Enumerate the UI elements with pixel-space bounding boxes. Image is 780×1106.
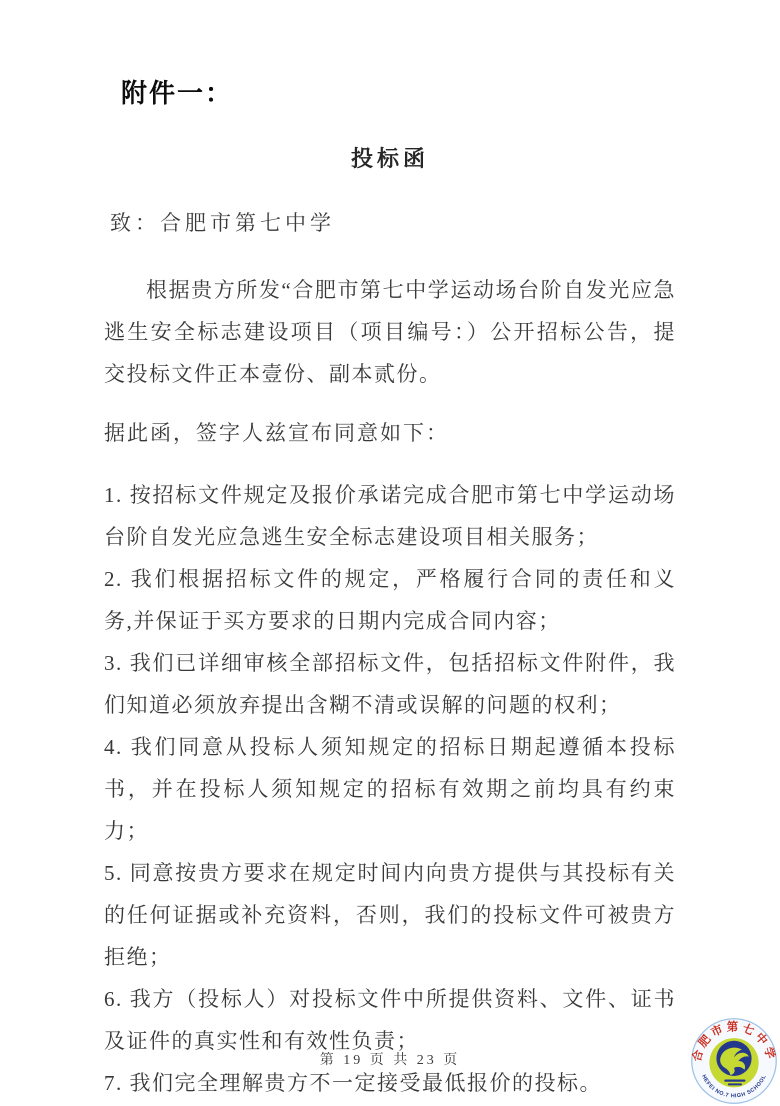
attachment-label: 附件一： (121, 72, 233, 114)
agreement-item-5: 5. 同意按贵方要求在规定时间内向贵方提供与其投标有关的任何证据或补充资料，否则… (104, 852, 676, 978)
school-badge-logo-icon: 合肥市第七中学 HEFEI NO.7 HIGH SCHOOL (690, 1017, 778, 1105)
agreement-item-6: 6. 我方（投标人）对投标文件中所提供资料、文件、证书及证件的真实性和有效性负责… (104, 978, 676, 1062)
document-page: 附件一： 投标函 致：合肥市第七中学 根据贵方所发“合肥市第七中学运动场台阶自发… (0, 0, 780, 1106)
salutation-line: 致：合肥市第七中学 (110, 202, 335, 244)
page-footer: 第 19 页 共 23 页 (0, 1051, 780, 1071)
logo-stripe (724, 1079, 745, 1081)
agreement-item-4: 4. 我们同意从投标人须知规定的招标日期起遵循本投标书，并在投标人须知规定的招标… (104, 726, 676, 852)
declaration-lead-paragraph: 据此函，签字人兹宣布同意如下： (104, 412, 676, 454)
agreement-item-1: 1. 按招标文件规定及报价承诺完成合肥市第七中学运动场台阶自发光应急逃生安全标志… (104, 474, 676, 558)
agreement-item-3: 3. 我们已详细审核全部招标文件，包括招标文件附件，我们知道必须放弃提出含糊不清… (104, 642, 676, 726)
document-title: 投标函 (104, 138, 676, 180)
logo-stripe (728, 1083, 742, 1085)
agreement-list: 1. 按招标文件规定及报价承诺完成合肥市第七中学运动场台阶自发光应急逃生安全标志… (104, 474, 676, 1104)
agreement-item-2: 2. 我们根据招标文件的规定，严格履行合同的责任和义务,并保证于买方要求的日期内… (104, 558, 676, 642)
page-indicator: 第 19 页 共 23 页 (320, 1053, 461, 1068)
intro-paragraph: 根据贵方所发“合肥市第七中学运动场台阶自发光应急逃生安全标志建设项目（项目编号：… (104, 269, 676, 395)
